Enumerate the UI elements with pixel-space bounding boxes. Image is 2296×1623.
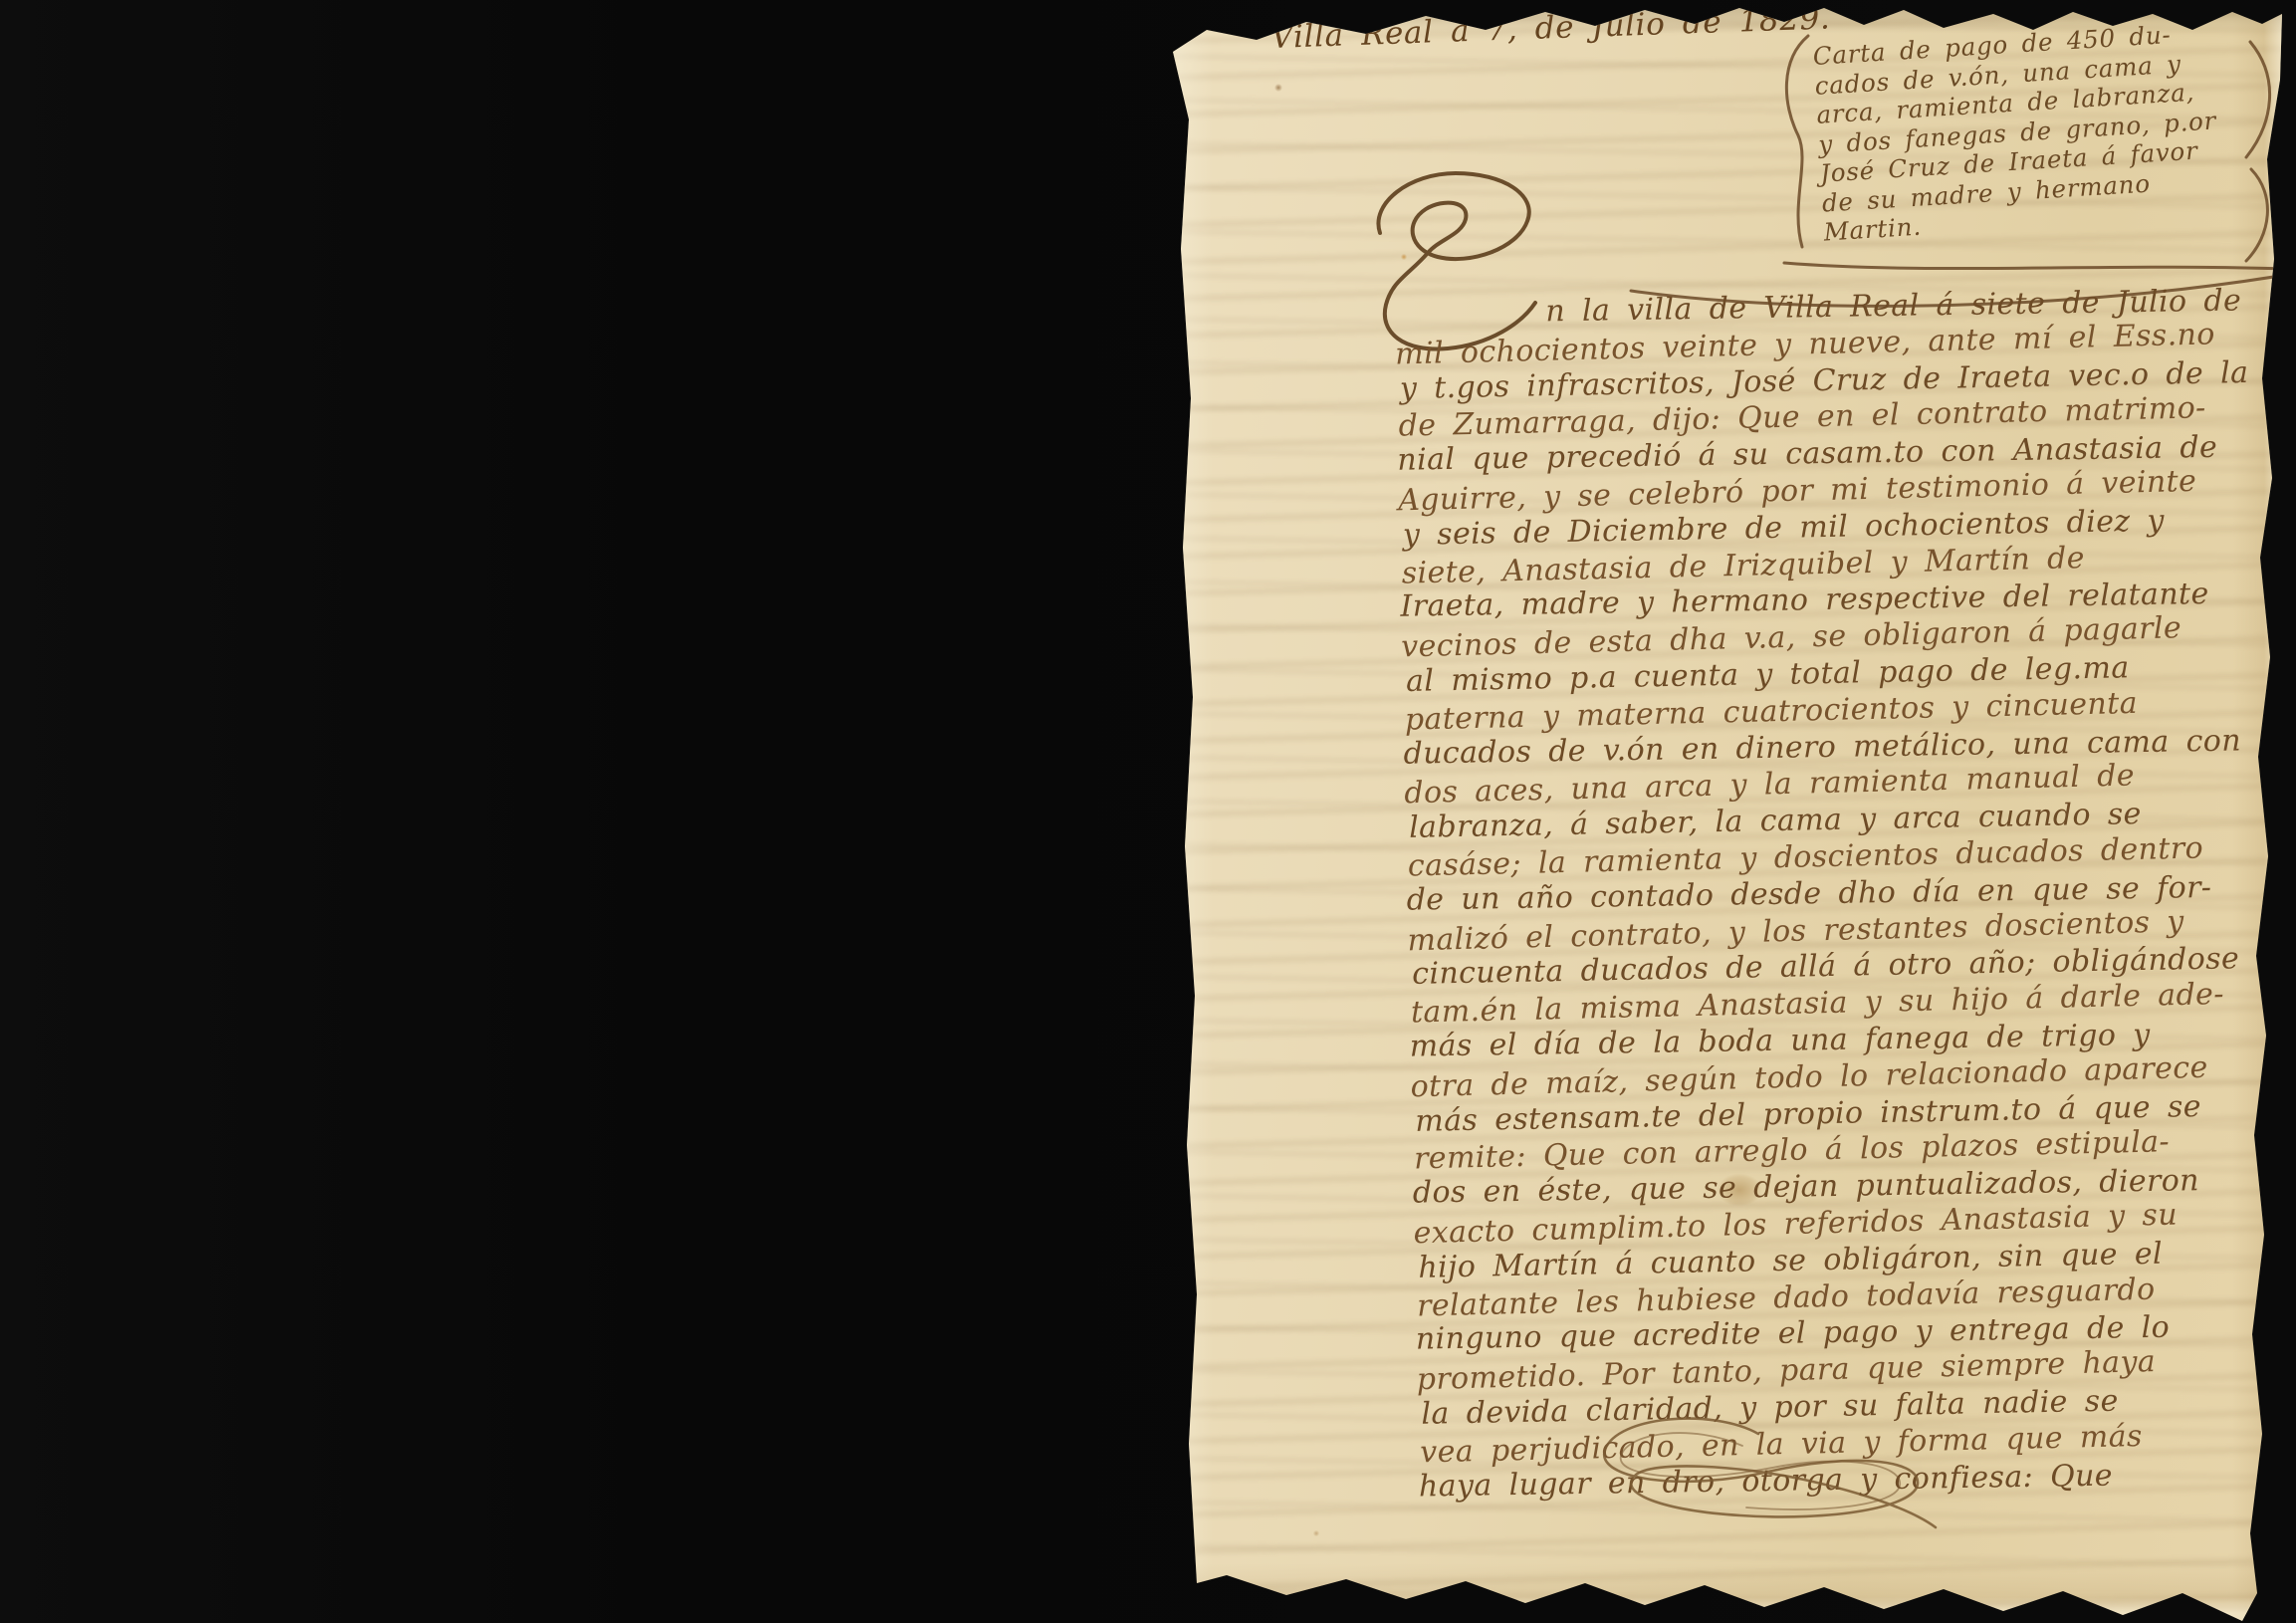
margin-note: Carta de pago de 450 du-cados de v.ón, u…: [1812, 15, 2262, 247]
signature-flourish: [1533, 1406, 1955, 1539]
body-text: n la villa de Villa Real á siete de Juli…: [1394, 281, 2255, 1507]
scan-background: Villa Real á 7, de Julio de 1829. Carta …: [0, 0, 2296, 1623]
document-page: Villa Real á 7, de Julio de 1829. Carta …: [1167, 0, 2296, 1623]
